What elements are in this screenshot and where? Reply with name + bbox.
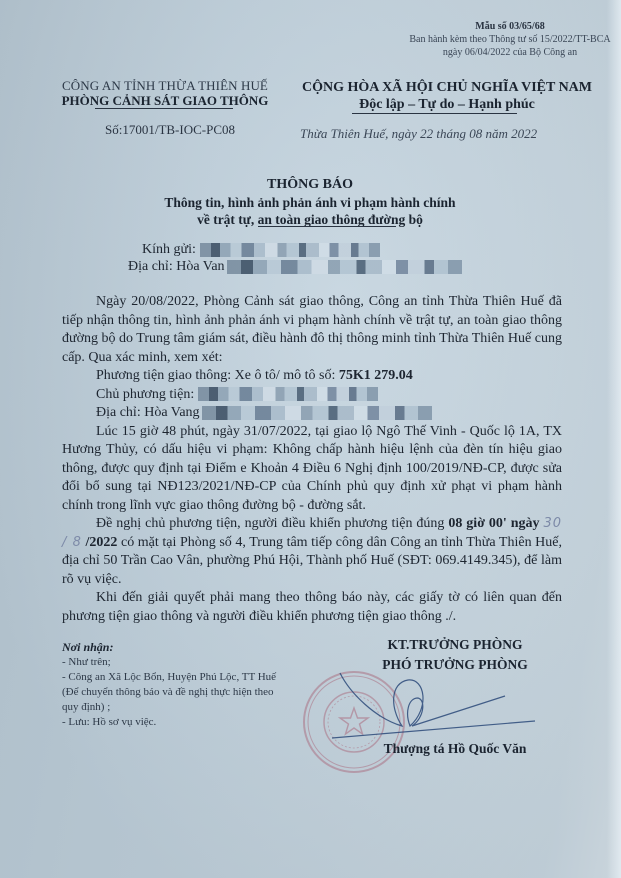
closing-paragraph: Khi đến giải quyết phải mang theo thông … — [62, 589, 562, 626]
country-name: CỘNG HÒA XÃ HỘI CHỦ NGHĨA VIỆT NAM — [282, 79, 612, 96]
signature-icon — [330, 668, 550, 748]
recipient-item: - Như trên; — [62, 655, 292, 670]
form-number: Mẫu số 03/65/68 — [400, 20, 620, 33]
addressee-block: Kính gửi: Địa chỉ: Hòa Van — [140, 241, 540, 275]
signer-name: Thượng tá Hồ Quốc Văn — [340, 741, 570, 757]
redacted-name — [200, 243, 380, 257]
owner-label: Chủ phương tiện: — [96, 387, 194, 402]
issued-with-line1: Ban hành kèm theo Thông tư số 15/2022/TT… — [400, 33, 620, 46]
agency-header: CÔNG AN TỈNH THỪA THIÊN HUẾ PHÒNG CẢNH S… — [40, 78, 290, 108]
motto-underline — [352, 113, 517, 114]
notice-subtitle-1: Thông tin, hình ảnh phản ánh vi phạm hàn… — [100, 194, 520, 211]
agency-parent: CÔNG AN TỈNH THỪA THIÊN HUẾ — [40, 78, 290, 93]
national-header: CỘNG HÒA XÃ HỘI CHỦ NGHĨA VIỆT NAM Độc l… — [282, 79, 612, 113]
violation-paragraph: Lúc 15 giờ 48 phút, ngày 31/07/2022, tại… — [62, 423, 562, 516]
redacted-owner — [198, 387, 378, 401]
redacted-address — [227, 260, 462, 274]
vehicle-label: Phương tiện giao thông: Xe ô tô/ mô tô s… — [96, 368, 339, 383]
address-label: Địa chỉ: Hòa Van — [128, 259, 225, 274]
request-time: 08 giờ 00' — [448, 516, 506, 531]
recipient-item: - Công an Xã Lộc Bổn, Huyện Phú Lộc, TT … — [62, 670, 292, 715]
document-number: Số:17001/TB-IOC-PC08 — [60, 122, 280, 138]
issued-with-line2: ngày 06/04/2022 của Bộ Công an — [400, 46, 620, 59]
owner-address-label: Địa chỉ: Hòa Vang — [96, 405, 200, 420]
paper-edge — [607, 0, 621, 878]
intro-paragraph: Ngày 20/08/2022, Phòng Cảnh sát giao thô… — [62, 293, 562, 367]
signature-title-line2: PHÓ TRƯỞNG PHÒNG — [340, 655, 570, 675]
recipients-label: Nơi nhận: — [62, 640, 292, 655]
agency-unit: PHÒNG CẢNH SÁT GIAO THÔNG — [40, 93, 290, 108]
owner-address-line: Địa chỉ: Hòa Vang — [62, 404, 562, 423]
redacted-owner-address — [202, 406, 432, 420]
to-label: Kính gửi: — [142, 242, 196, 257]
title-underline — [258, 226, 396, 227]
notice-heading: THÔNG BÁO — [100, 176, 520, 194]
owner-line: Chủ phương tiện: — [62, 386, 562, 405]
notice-body: Ngày 20/08/2022, Phòng Cảnh sát giao thô… — [62, 293, 562, 626]
agency-underline — [95, 108, 233, 109]
form-number-block: Mẫu số 03/65/68 Ban hành kèm theo Thông … — [400, 20, 620, 59]
recipients-block: Nơi nhận: - Như trên; - Công an Xã Lộc B… — [62, 640, 292, 730]
signature-title: KT.TRƯỞNG PHÒNG PHÓ TRƯỞNG PHÒNG — [340, 635, 570, 675]
request-year: /2022 — [86, 535, 118, 550]
national-motto: Độc lập – Tự do – Hạnh phúc — [282, 96, 612, 113]
vehicle-line: Phương tiện giao thông: Xe ô tô/ mô tô s… — [62, 367, 562, 386]
request-prefix: Đề nghị chủ phương tiện, người điều khiể… — [96, 516, 448, 531]
place-date: Thừa Thiên Huế, ngày 22 tháng 08 năm 202… — [300, 126, 600, 142]
request-day-label: ngày — [511, 516, 540, 531]
request-suffix: có mặt tại Phòng số 4, Trung tâm tiếp cô… — [62, 535, 562, 587]
recipient-item: - Lưu: Hồ sơ vụ việc. — [62, 715, 292, 730]
vehicle-plate: 75K1 279.04 — [339, 368, 413, 383]
notice-title: THÔNG BÁO Thông tin, hình ảnh phản ánh v… — [100, 176, 520, 228]
request-paragraph: Đề nghị chủ phương tiện, người điều khiể… — [62, 515, 562, 589]
signature-title-line1: KT.TRƯỞNG PHÒNG — [340, 635, 570, 655]
